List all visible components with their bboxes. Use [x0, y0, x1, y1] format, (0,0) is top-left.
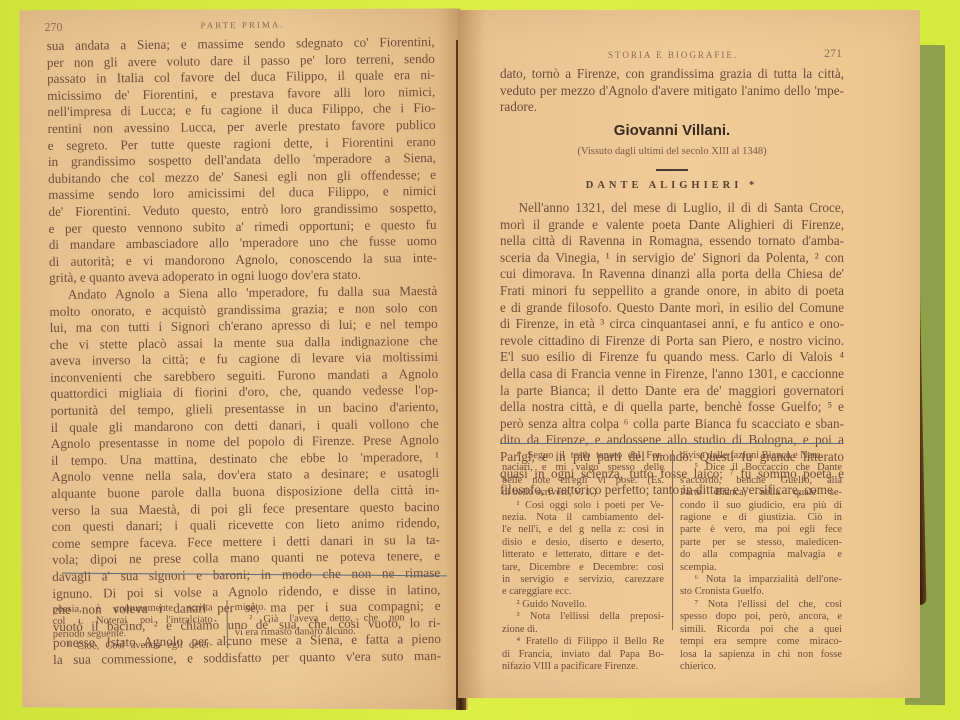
- text-line: nifazio VIII a pacificare Firenze.: [502, 661, 664, 673]
- footnotes-column-1: poesia, è comunemente scrittacol ι. Note…: [53, 602, 214, 653]
- author-dates: (Vissuto dagli ultimi del secolo XIII al…: [500, 146, 844, 157]
- text-line: parte è vero, ma poi egli fece: [680, 524, 842, 536]
- text-line: E'l suo esilio di Firenze fu quando mess…: [500, 349, 844, 366]
- text-line: vi era rimasto danaro alcuno.: [235, 625, 405, 639]
- running-head: PARTE PRIMA.: [200, 20, 284, 31]
- text-line: sceria da Vinegia, ¹ in servigio de' Sig…: [500, 250, 844, 267]
- footnotes-column-1: * Seguo il testo tenuto dal For-naciari,…: [502, 450, 664, 673]
- text-line: di bello scrivere, V. 1.): [502, 487, 664, 499]
- text-line: in servigio e servizio, carezzare: [502, 574, 664, 586]
- text-line: belle note ch'egli vi pose. (Es.: [502, 475, 664, 487]
- text-line: ³ Nota l'ellissi della preposi-: [502, 611, 664, 623]
- text-line: radore.: [500, 99, 844, 116]
- text-line: revole cittadino di Firenze di Porta san…: [500, 333, 844, 350]
- text-line: col ι. Noterai poi l'intralciato: [53, 615, 213, 629]
- running-head: STORIA E BIOGRAFIE.: [608, 50, 738, 60]
- text-line: scempia.: [680, 562, 842, 574]
- text-line: ¹ Cioè, Così avendo egli deter-: [53, 640, 213, 654]
- text-line: ⁶ Nota la imparzialità dell'one-: [680, 574, 842, 586]
- footnote-divider: [672, 450, 673, 630]
- footnotes-column-2: minato.² Già l'aveva detto, che nonvi er…: [235, 600, 405, 639]
- right-page: STORIA E BIOGRAFIE. 271 dato, tornò a Fi…: [458, 10, 920, 698]
- text-line: litterato e letterato, dittare e det-: [502, 549, 664, 561]
- left-page: 270 PARTE PRIMA. sua andata a Siena; e m…: [10, 6, 467, 715]
- text-line: sto Cronista Guelfo.: [680, 586, 842, 598]
- text-line: la parte Bianca; il detto Dante era de' …: [500, 383, 844, 400]
- text-line: losa la sapienza in chi non fosse: [680, 649, 842, 661]
- text-line: parte per se stesso, maledicen-: [680, 537, 842, 549]
- text-line: ² Guido Novello.: [502, 599, 664, 611]
- text-line: ragione e di giustizia. Ciò in: [680, 512, 842, 524]
- text-line: zione di.: [502, 624, 664, 636]
- section-divider: [656, 169, 688, 171]
- text-line: * Seguo il testo tenuto dal For-: [502, 450, 664, 462]
- text-line: Parte Bianca, nella quale se-: [680, 487, 842, 499]
- text-line: di Francia, inviato dal Papa Bo-: [502, 649, 664, 661]
- text-line: dato, tornò a Firenze, con grandissima g…: [500, 66, 844, 83]
- text-line: naciari, e mi valgo spesso delle: [502, 462, 664, 474]
- page-number: 270: [44, 20, 62, 35]
- text-line: nella città di Ravenna in Romagna, essen…: [500, 233, 844, 250]
- text-line: della casa di Francia venne in Firenze, …: [500, 366, 844, 383]
- page-number: 271: [824, 46, 842, 61]
- text-line: Frati minori fu seppellito a grande onor…: [500, 283, 844, 300]
- text-line: ² Già l'aveva detto, che non: [235, 613, 405, 627]
- text-line: do alla compagnia malvagia e: [680, 549, 842, 561]
- text-line: di Firenze, in età ³ circa cinquantasei …: [500, 316, 844, 333]
- footnote-rule: [500, 443, 840, 444]
- text-line: chierico.: [680, 661, 842, 673]
- text-line: l'e nell'i, e del g nella z: così in: [502, 524, 664, 536]
- text-line: però senza altra colpa ⁶ colla parte Bia…: [500, 416, 844, 433]
- text-line: cui dimorava. In Ravenna dinanzi alla po…: [500, 266, 844, 283]
- text-line: dito da Firenze, e andossene allo studio…: [500, 432, 844, 449]
- text-line: ⁵ Dice il Boccaccio che Dante: [680, 462, 842, 474]
- text-line: e di grande filosofo. Questo Dante morì,…: [500, 300, 844, 317]
- text-line: ⁴ Fratello di Filippo il Bello Re: [502, 636, 664, 648]
- intro-text: dato, tornò a Firenze, con grandissima g…: [500, 66, 844, 116]
- text-line: nezia. Nota il cambiamento del-: [502, 512, 664, 524]
- text-line: s'accordò, benchè Guelfo, alla: [680, 475, 842, 487]
- text-line: tempi era sempre come miraco-: [680, 636, 842, 648]
- text-line: ⁷ Nota l'ellissi del che, così: [680, 599, 842, 611]
- text-line: e careggiare ecc.: [502, 586, 664, 598]
- author-heading: Giovanni Villani.: [500, 122, 844, 139]
- text-line: della nostra città, e di quella parte, b…: [500, 399, 844, 416]
- text-line: veduto per mezzo d'Agnolo d'avere mitiga…: [500, 83, 844, 100]
- footnotes-column-2: divisa dalle fazioni Bianca e Nera.⁵ Dic…: [680, 450, 842, 673]
- text-line: disio e desio, diserto e deserto,: [502, 537, 664, 549]
- text-line: ¹ Così oggi solo i poeti per Ve-: [502, 500, 664, 512]
- text-line: spesso dopo poi, però, ancora, e: [680, 611, 842, 623]
- text-line: morì il grande e valente poeta Dante Ali…: [500, 217, 844, 234]
- text-line: divisa dalle fazioni Bianca e Nera.: [680, 450, 842, 462]
- text-line: simili. Ricorda poi che a quei: [680, 624, 842, 636]
- section-title: DANTE ALIGHIERI *: [500, 180, 844, 191]
- text-line: Nell'anno 1321, del mese di Luglio, il d…: [500, 200, 844, 217]
- text-line: tare, Dicembre e Decembre: così: [502, 562, 664, 574]
- text-line: condo il suo giudicio, era più di: [680, 500, 842, 512]
